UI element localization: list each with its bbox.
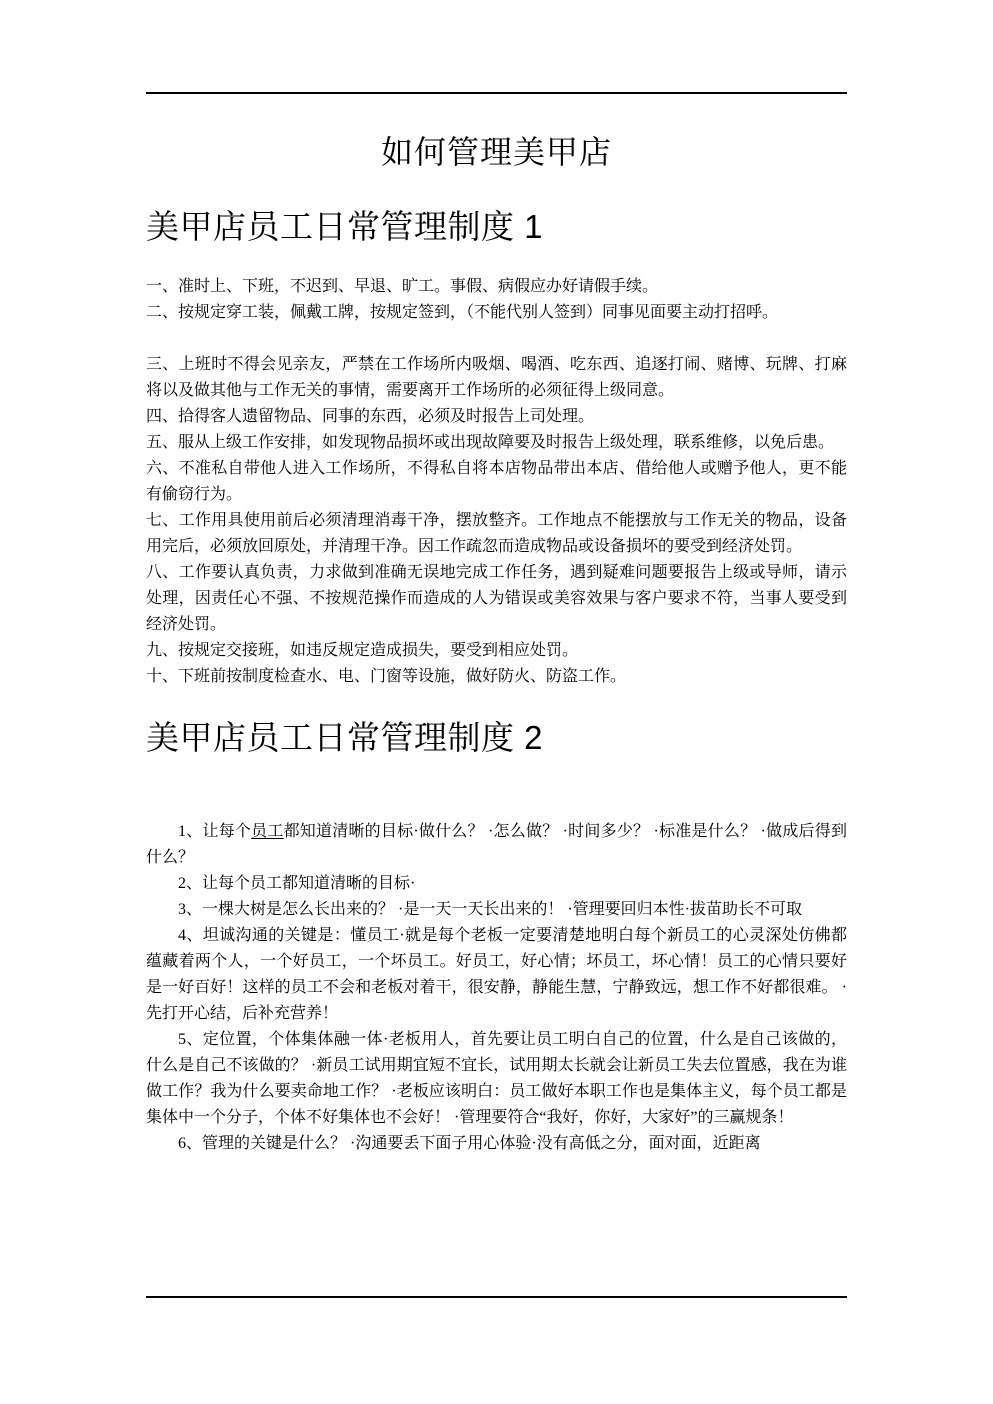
list-item-1: 1、让每个员工都知道清晰的目标·做什么？ ·怎么做？ ·时间多少？ ·标准是什么… <box>146 819 847 871</box>
rule-item-2: 二、按规定穿工装，佩戴工牌，按规定签到，（不能代别人签到）同事见面要主动打招呼。 <box>146 300 847 326</box>
rule-item-4: 四、拾得客人遗留物品、同事的东西，必须及时报告上司处理。 <box>146 404 847 430</box>
rule-item-6: 六、不准私自带他人进入工作场所，不得私自将本店物品带出本店、借给他人或赠予他人，… <box>146 456 847 508</box>
list-item-3: 3、一棵大树是怎么长出来的？ ·是一天一天长出来的！ ·管理要回归本性·拔苗助长… <box>146 897 847 923</box>
list-item-1-text-before: 1、让每个 <box>178 823 251 840</box>
rule-item-5: 五、服从上级工作安排，如发现物品损坏或出现故障要及时报告上级处理，联系维修，以免… <box>146 430 847 456</box>
list-item-5: 5、定位置，个体集体融一体·老板用人，首先要让员工明白自己的位置，什么是自己该做… <box>146 1027 847 1131</box>
footer-rule <box>146 1296 847 1298</box>
document-title: 如何管理美甲店 <box>146 130 847 175</box>
section2-heading: 美甲店员工日常管理制度 2 <box>146 716 847 760</box>
list-item-6: 6、管理的关键是什么？ ·沟通要丢下面子用心体验·没有高低之分，面对面，近距离 <box>146 1131 847 1157</box>
list-item-2: 2、让每个员工都知道清晰的目标· <box>146 871 847 897</box>
rule-item-10: 十、下班前按制度检查水、电、门窗等设施，做好防火、防盗工作。 <box>146 664 847 690</box>
rule-item-3: 三、上班时不得会见亲友，严禁在工作场所内吸烟、喝酒、吃东西、追逐打闹、赌博、玩牌… <box>146 352 847 404</box>
rule-item-8: 八、工作要认真负责，力求做到准确无误地完成工作任务，遇到疑难问题要报告上级或导师… <box>146 560 847 638</box>
rule-item-9: 九、按规定交接班，如违反规定造成损失，要受到相应处罚。 <box>146 638 847 664</box>
section1-body: 一、准时上、下班，不迟到、早退、旷工。事假、病假应办好请假手续。 二、按规定穿工… <box>146 274 847 690</box>
underlined-text: 员工 <box>251 823 283 840</box>
rule-item-7: 七、工作用具使用前后必须清理消毒干净，摆放整齐。工作地点不能摆放与工作无关的物品… <box>146 508 847 560</box>
section1-heading: 美甲店员工日常管理制度 1 <box>146 205 847 249</box>
blank-line <box>146 326 847 352</box>
section2-body: 1、让每个员工都知道清晰的目标·做什么？ ·怎么做？ ·时间多少？ ·标准是什么… <box>146 819 847 1157</box>
rule-item-1: 一、准时上、下班，不迟到、早退、旷工。事假、病假应办好请假手续。 <box>146 274 847 300</box>
document-content: 如何管理美甲店 美甲店员工日常管理制度 1 一、准时上、下班，不迟到、早退、旷工… <box>146 0 847 1157</box>
document-page: 如何管理美甲店 美甲店员工日常管理制度 1 一、准时上、下班，不迟到、早退、旷工… <box>0 0 993 1404</box>
list-item-4: 4、坦诚沟通的关键是：懂员工·就是每个老板一定要清楚地明白每个新员工的心灵深处仿… <box>146 923 847 1027</box>
